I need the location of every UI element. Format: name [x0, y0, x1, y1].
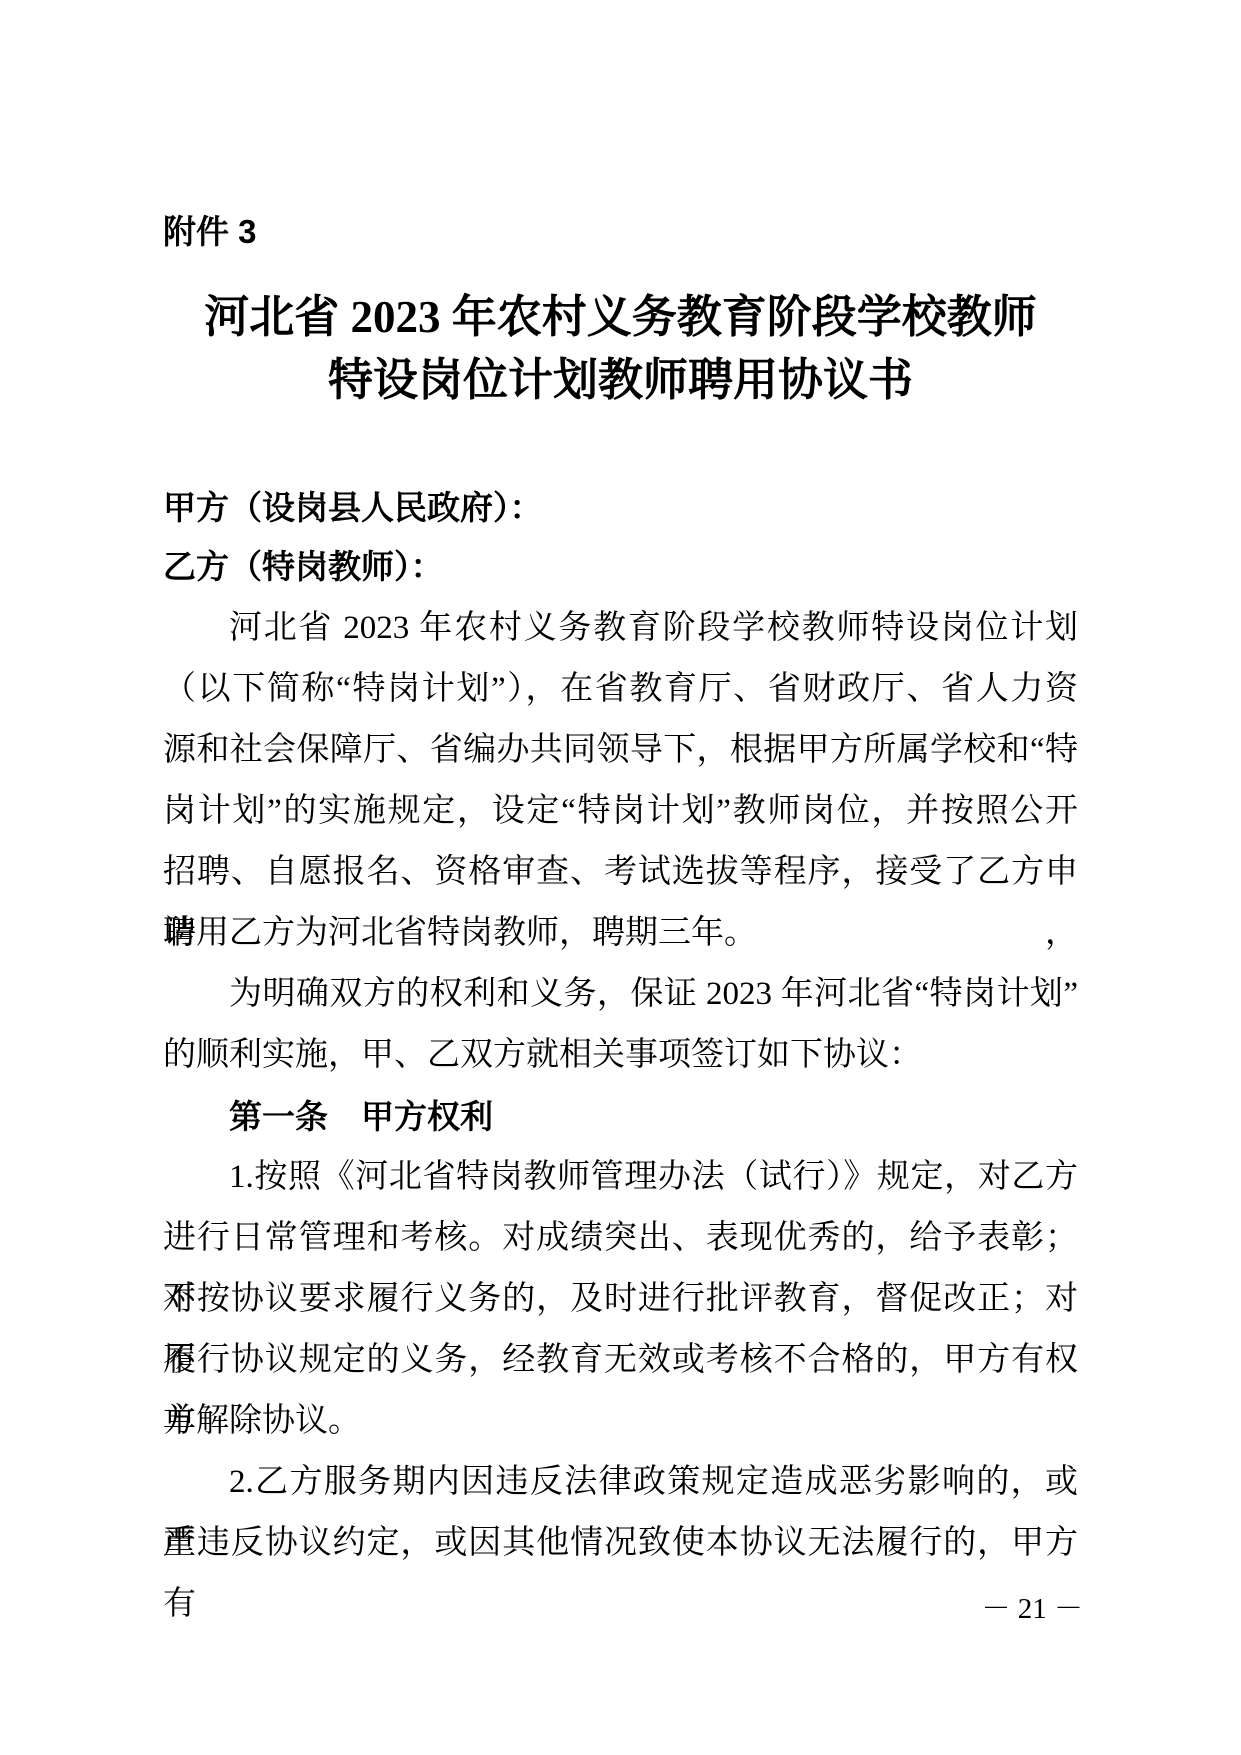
document-page: 附件 3 河北省 2023 年农村义务教育阶段学校教师 特设岗位计划教师聘用协议…	[0, 0, 1241, 1755]
document-title-line-2: 特设岗位计划教师聘用协议书	[163, 349, 1078, 412]
paragraph-intro: 河北省 2023 年农村义务教育阶段学校教师特设岗位计划（以下简称“特岗计划”）…	[163, 598, 1078, 964]
text-line: 履行协议规定的义务，经教育无效或考核不合格的，甲方有权单	[163, 1330, 1078, 1391]
document-title-line-1: 河北省 2023 年农村义务教育阶段学校教师	[163, 286, 1078, 349]
document-title: 河北省 2023 年农村义务教育阶段学校教师 特设岗位计划教师聘用协议书	[163, 286, 1078, 412]
text-line: 1.按照《河北省特岗教师管理办法（试行）》规定，对乙方	[163, 1147, 1078, 1208]
attachment-label: 附件 3	[163, 213, 257, 251]
text-line: 为明确双方的权利和义务，保证 2023 年河北省“特岗计划”	[163, 964, 1078, 1025]
party-b-line: 乙方（特岗教师）：	[163, 549, 1078, 585]
text-line: 进行日常管理和考核。对成绩突出、表现优秀的，给予表彰；对	[163, 1208, 1078, 1269]
text-line: 方解除协议。	[163, 1391, 1078, 1452]
text-line: 2.乙方服务期内因违反法律政策规定造成恶劣影响的，或严	[163, 1452, 1078, 1513]
text-line: 的顺利实施，甲、乙双方就相关事项签订如下协议：	[163, 1025, 1078, 1086]
paragraph-purpose: 为明确双方的权利和义务，保证 2023 年河北省“特岗计划”的顺利实施，甲、乙双…	[163, 964, 1078, 1086]
text-line: 不按协议要求履行义务的，及时进行批评教育，督促改正；对不	[163, 1269, 1078, 1330]
body-text: 河北省 2023 年农村义务教育阶段学校教师特设岗位计划（以下简称“特岗计划”）…	[163, 598, 1078, 1574]
clause-heading-article-1: 第一条 甲方权利	[163, 1086, 1078, 1147]
text-line: 河北省 2023 年农村义务教育阶段学校教师特设岗位计划	[163, 598, 1078, 659]
party-a-line: 甲方（设岗县人民政府）：	[163, 490, 1078, 526]
text-line: 源和社会保障厅、省编办共同领导下，根据甲方所属学校和“特	[163, 720, 1078, 781]
page-number: － 21 －	[163, 1592, 1083, 1626]
clause-item-1: 1.按照《河北省特岗教师管理办法（试行）》规定，对乙方进行日常管理和考核。对成绩…	[163, 1147, 1078, 1452]
clause-item-2: 2.乙方服务期内因违反法律政策规定造成恶劣影响的，或严重违反协议约定，或因其他情…	[163, 1452, 1078, 1574]
text-line: 岗计划”的实施规定，设定“特岗计划”教师岗位，并按照公开	[163, 781, 1078, 842]
text-line: 重违反协议约定，或因其他情况致使本协议无法履行的，甲方有	[163, 1513, 1078, 1574]
text-line: 招聘、自愿报名、资格审查、考试选拔等程序，接受了乙方申请，	[163, 842, 1078, 903]
text-line: （以下简称“特岗计划”），在省教育厅、省财政厅、省人力资	[163, 659, 1078, 720]
